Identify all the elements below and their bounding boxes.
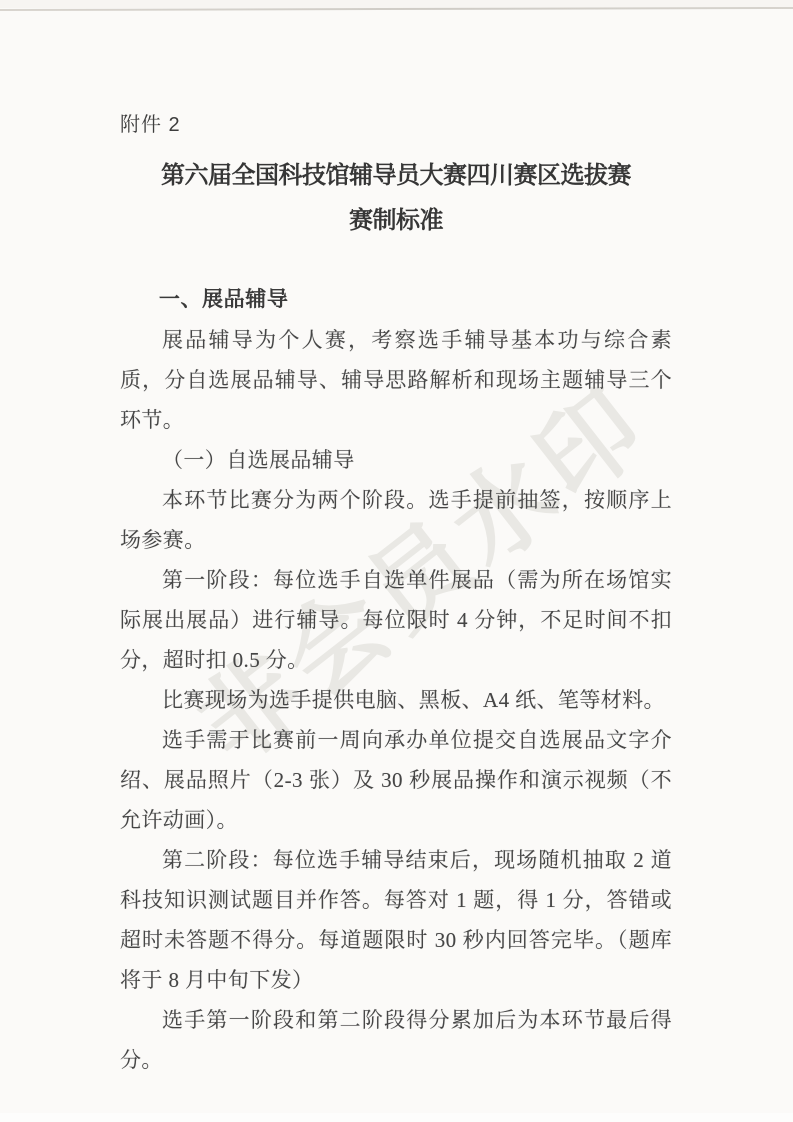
- paragraph-stage-1: 第一阶段：每位选手自选单件展品（需为所在场馆实际展出展品）进行辅导。每位限时 4…: [120, 560, 672, 680]
- document-page: 非会员水印 附件 2 第六届全国科技馆辅导员大赛四川赛区选拔赛 赛制标准 一、展…: [0, 0, 793, 1122]
- document-content: 附件 2 第六届全国科技馆辅导员大赛四川赛区选拔赛 赛制标准 一、展品辅导 展品…: [120, 112, 672, 1080]
- scan-bottom-strip: [0, 1113, 793, 1122]
- paragraph-materials: 比赛现场为选手提供电脑、黑板、A4 纸、笔等材料。: [120, 680, 672, 720]
- title-line-2: 赛制标准: [120, 198, 672, 243]
- paragraph-submission: 选手需于比赛前一周向承办单位提交自选展品文字介绍、展品照片（2-3 张）及 30…: [120, 720, 672, 840]
- paragraph-final-score: 选手第一阶段和第二阶段得分累加后为本环节最后得分。: [120, 1000, 672, 1080]
- paragraph-stage-intro: 本环节比赛分为两个阶段。选手提前抽签，按顺序上场参赛。: [120, 480, 672, 560]
- paragraph-overview: 展品辅导为个人赛，考察选手辅导基本功与综合素质，分自选展品辅导、辅导思路解析和现…: [120, 320, 672, 440]
- paragraph-subsection-1-title: （一）自选展品辅导: [120, 440, 672, 480]
- title-line-1: 第六届全国科技馆辅导员大赛四川赛区选拔赛: [120, 153, 672, 198]
- document-title: 第六届全国科技馆辅导员大赛四川赛区选拔赛 赛制标准: [120, 153, 672, 243]
- attachment-label: 附件 2: [120, 112, 672, 138]
- section-heading: 一、展品辅导: [120, 280, 672, 320]
- paragraph-stage-2: 第二阶段：每位选手辅导结束后，现场随机抽取 2 道科技知识测试题目并作答。每答对…: [120, 840, 672, 1000]
